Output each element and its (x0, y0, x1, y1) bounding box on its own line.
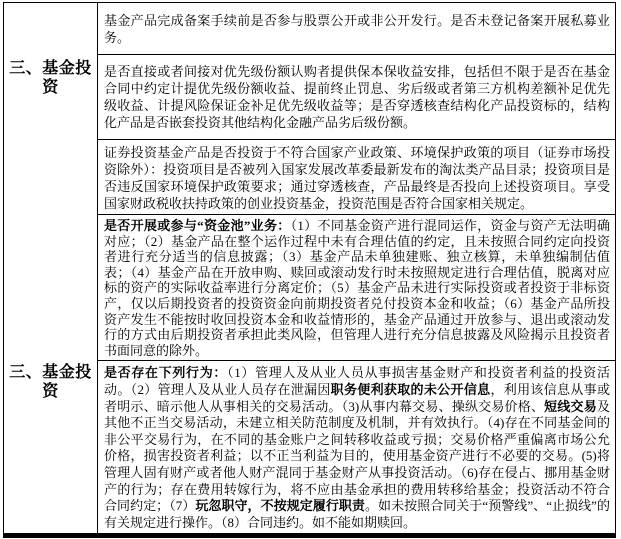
cell-text: 证券投资基金产品是否投资于不符合国家产业政策、环境保护政策的项目（证券市场投资除… (104, 145, 610, 211)
checklist-table: 三、基金投资 三、基金投资 基金产品完成备案手续前是否参与股票公开或非公开发行。… (3, 2, 616, 538)
cell-text-bold: 是否开展或参与“资金池”业务： (104, 218, 291, 233)
cell-text-bold: 职务便利获取的未公开信息 (331, 382, 491, 397)
content-column: 基金产品完成备案手续前是否参与股票公开或非公开发行。是否未登记备案开展私募业务。… (98, 3, 615, 533)
section-label-column: 三、基金投资 三、基金投资 (4, 3, 98, 533)
table-cell: 基金产品完成备案手续前是否参与股票公开或非公开发行。是否未登记备案开展私募业务。 (98, 3, 615, 55)
table-cell: 是否直接或者间接对优先级份额认购者提供保本保收益安排，包括但不限于是否在基金合同… (98, 55, 615, 140)
section-label: 三、基金投资 (4, 363, 97, 401)
section-label: 三、基金投资 (4, 59, 97, 97)
cell-text: 及其他不正当交易活动，未建立相关防范制度及机制，并有效执行。（4)存在不同基金间… (104, 399, 610, 514)
cell-text-bold: 玩忽职守，不按规定履行职责 (195, 498, 365, 513)
document-page: 三、基金投资 三、基金投资 基金产品完成备案手续前是否参与股票公开或非公开发行。… (0, 0, 621, 539)
table-cell: 是否开展或参与“资金池”业务：（1）不同基金资产进行混同运作，资金与资产无法明确… (98, 215, 615, 361)
cell-text-bold: 是否存在下列行为： (104, 365, 227, 380)
table-cell: 是否存在下列行为：（1）管理人及从业人员从事损害基金财产和投资者利益的投资活动。… (98, 361, 615, 533)
table-cell: 证券投资基金产品是否投资于不符合国家产业政策、环境保护政策的项目（证券市场投资除… (98, 140, 615, 215)
cell-text: （1）不同基金资产进行混同运作，资金与资产无法明确对应；（2）基金产品在整个运作… (104, 218, 610, 358)
cell-text-bold: 短线交易 (544, 399, 597, 414)
cell-text: 是否直接或者间接对优先级份额认购者提供保本保收益安排，包括但不限于是否在基金合同… (104, 64, 610, 130)
cell-text: 基金产品完成备案手续前是否参与股票公开或非公开发行。是否未登记备案开展私募业务。 (104, 13, 610, 45)
